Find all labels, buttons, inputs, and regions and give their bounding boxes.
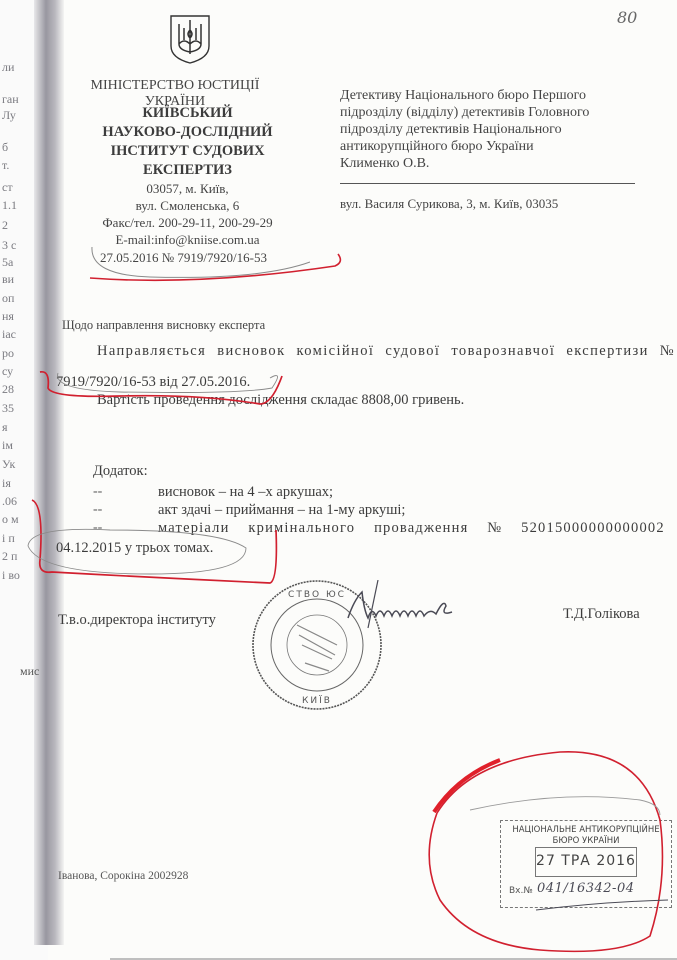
list-dash: --	[93, 520, 102, 536]
signatory-role: Т.в.о.директора інституту	[58, 612, 216, 629]
recipient-block: Детективу Національного бюро Першого під…	[340, 87, 640, 172]
incoming-number: 041/16342-04	[537, 881, 634, 896]
stamp-org-line: БЮРО УКРАЇНИ	[501, 836, 671, 847]
edge-fragment: б	[2, 140, 8, 155]
institute-line: НАУКОВО-ДОСЛІДНИЙ	[80, 123, 295, 142]
edge-fragment: ст	[2, 180, 13, 195]
edge-fragment: ган	[2, 92, 19, 107]
cost-statement: Вартість проведення дослідження складає …	[97, 392, 464, 409]
handwritten-page-number: 80	[617, 8, 637, 27]
list-dash: --	[93, 502, 102, 518]
incoming-number-label: Вх.№	[509, 886, 533, 896]
edge-fragment: мис	[20, 664, 39, 679]
edge-fragment: 1.1	[2, 198, 17, 213]
attachment-item: висновок – на 4 –х аркушах;	[158, 484, 333, 501]
institute-line: ІНСТИТУТ СУДОВИХ	[80, 142, 295, 161]
handwritten-signature	[340, 580, 470, 630]
edge-fragment: ви	[2, 272, 14, 287]
list-dash: --	[93, 484, 102, 500]
recipient-divider	[340, 183, 635, 184]
executor-note: Іванова, Сорокіна 2002928	[58, 870, 188, 882]
stamp-org-line: НАЦІОНАЛЬНЕ АНТИКОРУПЦІЙНЕ	[501, 825, 671, 836]
body-paragraph-line1: Направляється висновок комісійної судово…	[97, 343, 667, 360]
body-paragraph-line2: 7919/7920/16-53 від 27.05.2016.	[56, 374, 250, 391]
edge-fragment: Лу	[2, 108, 16, 123]
edge-fragment: 3 с	[2, 238, 16, 253]
pencil-arc-stamp	[470, 797, 660, 815]
svg-text:СТВО ЮС: СТВО ЮС	[288, 590, 346, 600]
recipient-line: підрозділу (відділу) детективів Головног…	[340, 104, 640, 121]
recipient-name: Клименко О.В.	[340, 155, 640, 172]
email-line: E-mail:info@kniise.com.ua	[80, 231, 295, 248]
attachment-item: матеріали кримінального провадження № 52…	[158, 520, 677, 537]
edge-fragment: ія	[2, 476, 11, 491]
edge-fragment: су	[2, 364, 13, 379]
edge-fragment: ли	[2, 60, 14, 75]
binding-shadow	[34, 0, 64, 945]
recipient-address: вул. Василя Сурикова, 3, м. Київ, 03035	[340, 196, 558, 212]
nabu-incoming-stamp: НАЦІОНАЛЬНЕ АНТИКОРУПЦІЙНЕ БЮРО УКРАЇНИ …	[500, 820, 672, 908]
attachment-continuation: 04.12.2015 у трьох томах.	[56, 540, 213, 557]
coat-of-arms-icon	[169, 14, 211, 64]
institute-line: КИЇВСЬКИЙ	[80, 104, 295, 123]
edge-fragment: ро	[2, 346, 14, 361]
stamp-date: 27 ТРА 2016	[536, 853, 636, 869]
recipient-line: підрозділу детективів Національного	[340, 121, 640, 138]
edge-fragment: т.	[2, 158, 9, 173]
edge-fragment: іас	[2, 327, 16, 342]
edge-fragment: 28	[2, 382, 14, 397]
edge-fragment: і во	[2, 568, 20, 583]
sender-address: 03057, м. Київ, вул. Смоленська, 6 Факс/…	[80, 180, 295, 248]
edge-fragment: оп	[2, 291, 14, 306]
letter-subject: Щодо направлення висновку експерта	[62, 318, 265, 333]
stamp-date-box: 27 ТРА 2016	[535, 847, 637, 877]
edge-fragment: 2 п	[2, 549, 17, 564]
attachment-item: акт здачі – приймання – на 1-му аркуші;	[158, 502, 405, 519]
address-line: Факс/тел. 200-29-11, 200-29-29	[80, 214, 295, 231]
outgoing-number: 27.05.2016 № 7919/7920/16-53	[100, 250, 267, 266]
recipient-line: антикорупційного бюро України	[340, 138, 640, 155]
institute-line: ЕКСПЕРТИЗ	[80, 161, 295, 180]
institute-name: КИЇВСЬКИЙ НАУКОВО-ДОСЛІДНИЙ ІНСТИТУТ СУД…	[80, 104, 295, 180]
address-line: 03057, м. Київ,	[80, 180, 295, 197]
scanned-letter-page: ли ган Лу б т. ст 1.1 2 3 с 5а ви оп ня …	[0, 0, 677, 960]
attachments-title: Додаток:	[93, 463, 148, 480]
stamp-organization: НАЦІОНАЛЬНЕ АНТИКОРУПЦІЙНЕ БЮРО УКРАЇНИ	[501, 825, 671, 847]
edge-fragment: я	[2, 420, 8, 435]
recipient-line: Детективу Національного бюро Першого	[340, 87, 640, 104]
edge-fragment: 35	[2, 401, 14, 416]
address-line: вул. Смоленська, 6	[80, 197, 295, 214]
edge-fragment: 5а	[2, 255, 13, 270]
edge-fragment: і п	[2, 531, 15, 546]
signatory-name: Т.Д.Голікова	[563, 606, 640, 623]
edge-fragment: Ук	[2, 457, 15, 472]
edge-fragment: ім	[2, 438, 13, 453]
svg-text:КИЇВ: КИЇВ	[302, 695, 332, 706]
edge-fragment: .06	[2, 494, 17, 509]
edge-fragment: 2	[2, 218, 8, 233]
edge-fragment: о м	[2, 512, 19, 527]
edge-fragment: ня	[2, 309, 14, 324]
